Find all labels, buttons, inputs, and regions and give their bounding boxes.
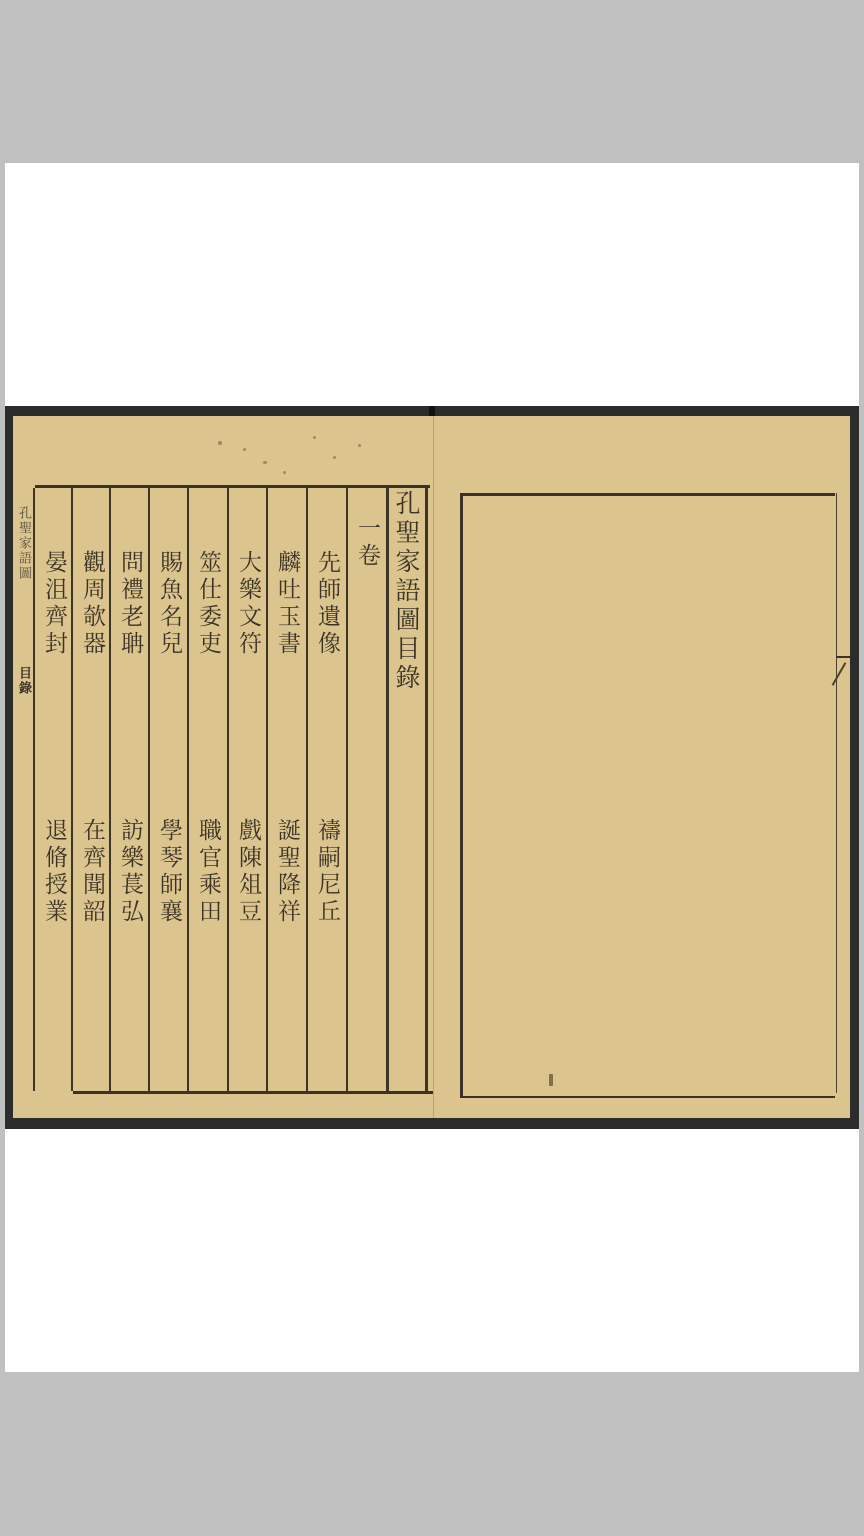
toc-entry: 麟吐玉書 — [269, 550, 305, 658]
toc-entry: 退脩授業 — [36, 818, 72, 926]
toc-entry: 職官乘田 — [190, 818, 226, 926]
column-rule — [187, 488, 189, 1091]
toc-entry: 誕聖降祥 — [269, 818, 305, 926]
right-page — [433, 416, 850, 1118]
book-scan: 孔聖家語圖 目錄 孔聖家語圖目錄 一卷 先師遺像 麟吐玉書 大樂文符 筮仕委吏 … — [5, 406, 859, 1129]
fishtail-mark — [836, 656, 850, 658]
toc-entry: 訪樂萇弘 — [112, 818, 148, 926]
ink-speck — [283, 471, 286, 474]
toc-entry: 觀周欹器 — [74, 550, 110, 658]
fishtail-section: 目錄 — [13, 666, 33, 696]
column-rule — [148, 488, 150, 1091]
toc-entry: 問禮老聃 — [112, 550, 148, 658]
toc-entry: 禱嗣尼丘 — [309, 818, 345, 926]
ink-speck — [243, 448, 246, 451]
volume-label: 一卷 — [349, 516, 385, 570]
left-page: 孔聖家語圖 目錄 孔聖家語圖目錄 一卷 先師遺像 麟吐玉書 大樂文符 筮仕委吏 … — [13, 416, 433, 1118]
toc-entry: 大樂文符 — [230, 550, 266, 658]
toc-entry: 筮仕委吏 — [190, 550, 226, 658]
top-border-rule — [35, 485, 430, 488]
toc-entry: 戲陳俎豆 — [230, 818, 266, 926]
column-rule — [266, 488, 268, 1091]
ink-speck — [313, 436, 316, 439]
ink-speck — [358, 444, 361, 447]
toc-title: 孔聖家語圖目錄 — [388, 490, 424, 693]
toc-entry: 賜魚名兒 — [151, 550, 187, 658]
column-rule — [346, 488, 348, 1091]
ink-blot — [549, 1074, 553, 1086]
column-rule — [306, 488, 308, 1091]
column-rule — [227, 488, 229, 1091]
blank-page-frame — [460, 493, 835, 1098]
toc-entry: 學琴師襄 — [151, 818, 187, 926]
toc-entry: 晏沮齊封 — [36, 550, 72, 658]
toc-entry: 在齊聞韶 — [74, 818, 110, 926]
toc-entry: 先師遺像 — [309, 550, 345, 658]
bottom-border-rule — [73, 1091, 433, 1094]
frame-edge-rule — [836, 493, 837, 1093]
spine-mark — [429, 406, 435, 416]
column-rule — [33, 488, 35, 1091]
ink-speck — [218, 441, 222, 445]
fishtail-title: 孔聖家語圖 — [13, 506, 33, 581]
column-rule — [425, 488, 428, 1091]
ink-speck — [333, 456, 336, 459]
ink-speck — [263, 461, 267, 464]
